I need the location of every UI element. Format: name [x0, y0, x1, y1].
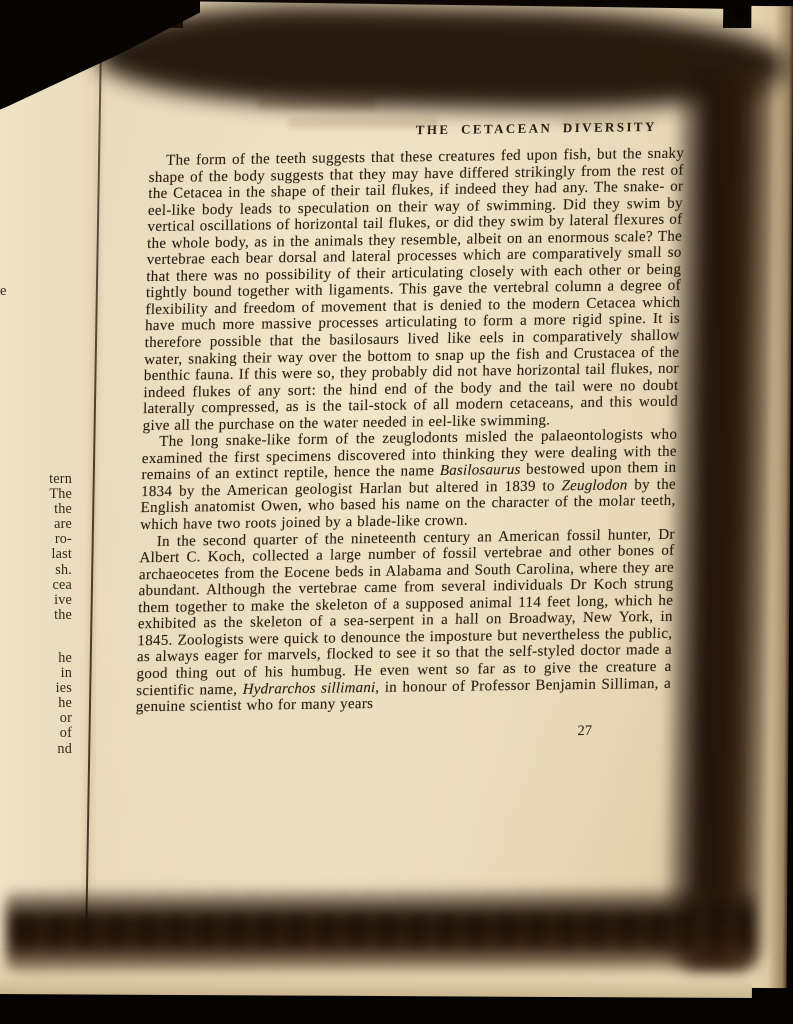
adjacent-page-text-fragment: he: [0, 651, 72, 666]
adjacent-page-text-fragment: the: [0, 608, 72, 623]
adjacent-page-text-fragment: cea: [0, 578, 72, 593]
adjacent-page-text-fragment: ies: [0, 681, 72, 696]
burnt-shadow-right-edge: [667, 69, 776, 970]
text-block: The form of the teeth suggests that thes…: [136, 146, 685, 716]
adjacent-page-text-column-upper: ternThethearero-lastsh.ceaivethe: [0, 472, 74, 623]
adjacent-page-text-fragment: the: [0, 502, 72, 517]
adjacent-page-text-fragment: he: [0, 696, 72, 711]
adjacent-page-text-fragment: e: [0, 283, 26, 300]
adjacent-page-text-fragment: ive: [0, 593, 72, 608]
adjacent-page-text-fragment: ro-: [0, 532, 72, 547]
adjacent-page-text-fragment: tern: [0, 472, 72, 487]
book-page-photo: e ternThethearero-lastsh.ceaivethe heini…: [0, 0, 793, 1024]
adjacent-page-text-fragment: nd: [0, 742, 72, 757]
paragraph: In the second quarter of the nineteenth …: [136, 526, 675, 716]
adjacent-page-text-fragment: The: [0, 487, 72, 502]
adjacent-page-text-fragment: last: [0, 547, 72, 562]
adjacent-page-text-fragment: of: [0, 726, 72, 741]
adjacent-page-text-fragment: are: [0, 517, 72, 532]
adjacent-page-text-fragment: sh.: [0, 563, 72, 578]
paragraph: The form of the teeth suggests that thes…: [142, 146, 684, 435]
adjacent-page-text-fragment: in: [0, 666, 72, 681]
adjacent-page-text-column-lower: heiniesheorofnd: [0, 651, 74, 757]
paragraph: The long snake-like form of the zeuglodo…: [140, 427, 677, 534]
adjacent-page-text-fragment: or: [0, 711, 72, 726]
burnt-shadow-bottom-edge: [6, 889, 754, 972]
printed-page-content: THE CETACEAN DIVERSITY The form of the t…: [135, 119, 685, 746]
